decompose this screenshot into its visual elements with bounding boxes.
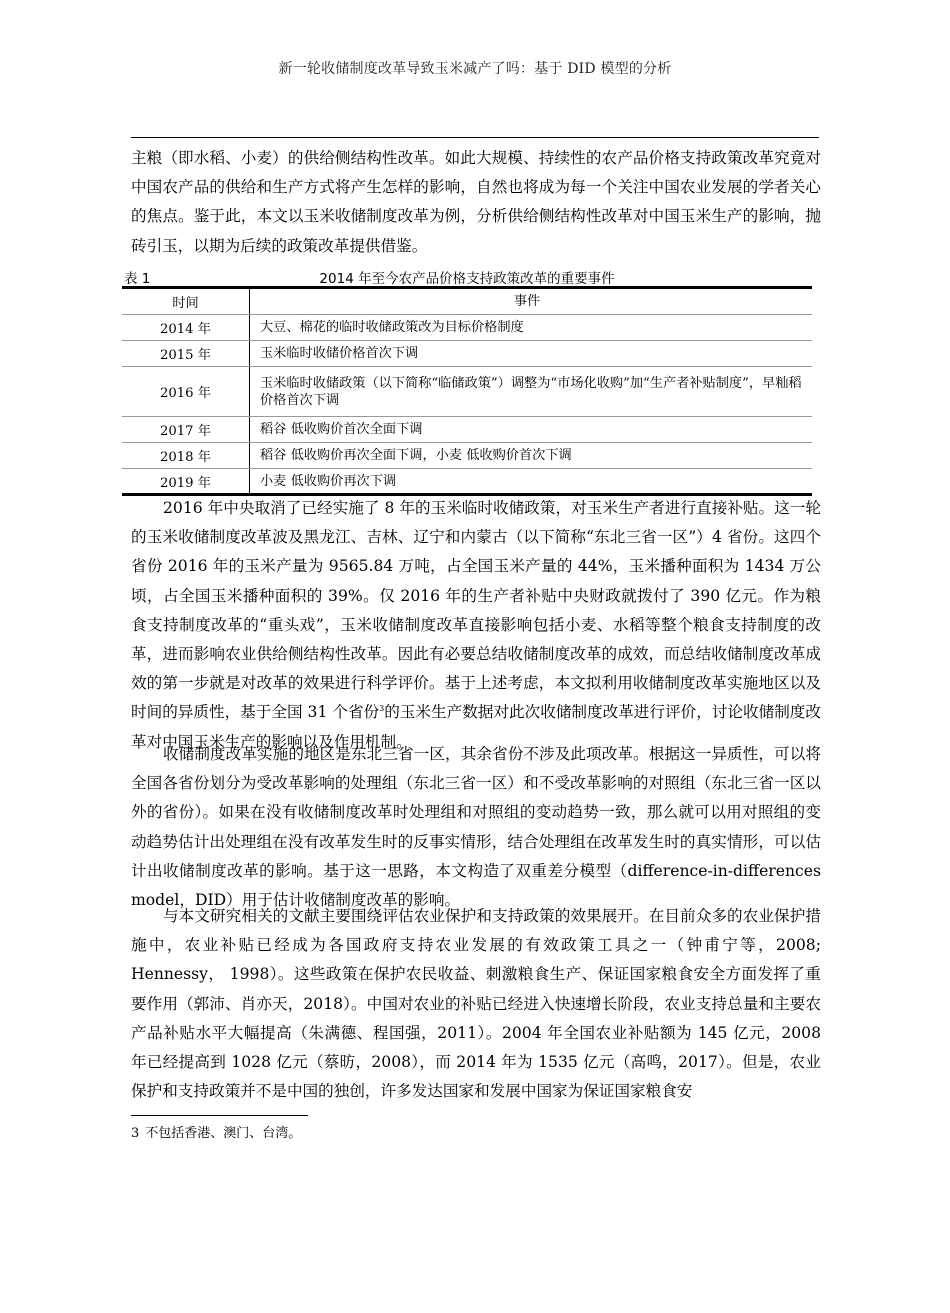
cell-event: 大豆、棉花的临时收储政策改为目标价格制度	[250, 315, 813, 341]
reform-2016-paragraph-text: 2016 年中央取消了已经实施了 8 年的玉米临时收储政策，对玉米生产者进行直接…	[131, 494, 821, 757]
table-row: 2018 年 稻谷 低收购价再次全面下调，小麦 低收购价首次下调	[122, 443, 812, 469]
column-header-event: 事件	[250, 288, 813, 315]
cell-event: 稻谷 低收购价首次全面下调	[250, 417, 813, 443]
column-header-time: 时间	[122, 288, 250, 315]
literature-paragraph-text: 与本文研究相关的文献主要围绕评估农业保护和支持政策的效果展开。在目前众多的农业保…	[131, 902, 821, 1106]
table-row: 2015 年 玉米临时收储价格首次下调	[122, 341, 812, 367]
table-row: 2014 年 大豆、棉花的临时收储政策改为目标价格制度	[122, 315, 812, 341]
cell-year: 2016 年	[122, 367, 250, 417]
heterogeneity-paragraph-text: 收储制度改革实施的地区是东北三省一区，其余省份不涉及此项改革。根据这一异质性，可…	[131, 740, 821, 915]
footnote-number: 3	[131, 1126, 139, 1141]
intro-paragraph: 主粮（即水稻、小麦）的供给侧结构性改革。如此大规模、持续性的农产品价格支持政策改…	[131, 144, 821, 261]
cell-year: 2018 年	[122, 443, 250, 469]
running-header: 新一轮收储制度改革导致玉米减产了吗：基于 DID 模型的分析	[0, 58, 950, 78]
policy-events-table: 时间 事件 2014 年 大豆、棉花的临时收储政策改为目标价格制度 2015 年…	[122, 286, 812, 496]
reform-2016-paragraph: 2016 年中央取消了已经实施了 8 年的玉米临时收储政策，对玉米生产者进行直接…	[131, 494, 821, 757]
literature-paragraph: 与本文研究相关的文献主要围绕评估农业保护和支持政策的效果展开。在目前众多的农业保…	[131, 902, 821, 1106]
heterogeneity-paragraph: 收储制度改革实施的地区是东北三省一区，其余省份不涉及此项改革。根据这一异质性，可…	[131, 740, 821, 915]
cell-event: 玉米临时收储政策（以下简称“临储政策”）调整为“市场化收购”加“生产者补贴制度”…	[250, 367, 813, 417]
intro-paragraph-text: 主粮（即水稻、小麦）的供给侧结构性改革。如此大规模、持续性的农产品价格支持政策改…	[131, 144, 821, 261]
cell-event: 玉米临时收储价格首次下调	[250, 341, 813, 367]
cell-event: 稻谷 低收购价再次全面下调，小麦 低收购价首次下调	[250, 443, 813, 469]
cell-year: 2017 年	[122, 417, 250, 443]
reform-2016-text-part1: 2016 年中央取消了已经实施了 8 年的玉米临时收储政策，对玉米生产者进行直接…	[131, 499, 821, 721]
header-rule	[131, 137, 819, 138]
table-row: 2017 年 稻谷 低收购价首次全面下调	[122, 417, 812, 443]
footnote-rule	[131, 1115, 308, 1116]
table-row: 2019 年 小麦 低收购价再次下调	[122, 469, 812, 495]
footnote-text: 不包括香港、澳门、台湾。	[145, 1126, 301, 1141]
table-header-row: 时间 事件	[122, 288, 812, 315]
footnote: 3不包括香港、澳门、台湾。	[131, 1122, 301, 1141]
cell-year: 2014 年	[122, 315, 250, 341]
cell-year: 2019 年	[122, 469, 250, 495]
table-caption: 表 1 2014 年至今农产品价格支持政策改革的重要事件	[122, 265, 812, 287]
cell-year: 2015 年	[122, 341, 250, 367]
table-title: 2014 年至今农产品价格支持政策改革的重要事件	[122, 267, 812, 287]
cell-event: 小麦 低收购价再次下调	[250, 469, 813, 495]
table-row: 2016 年 玉米临时收储政策（以下简称“临储政策”）调整为“市场化收购”加“生…	[122, 367, 812, 417]
